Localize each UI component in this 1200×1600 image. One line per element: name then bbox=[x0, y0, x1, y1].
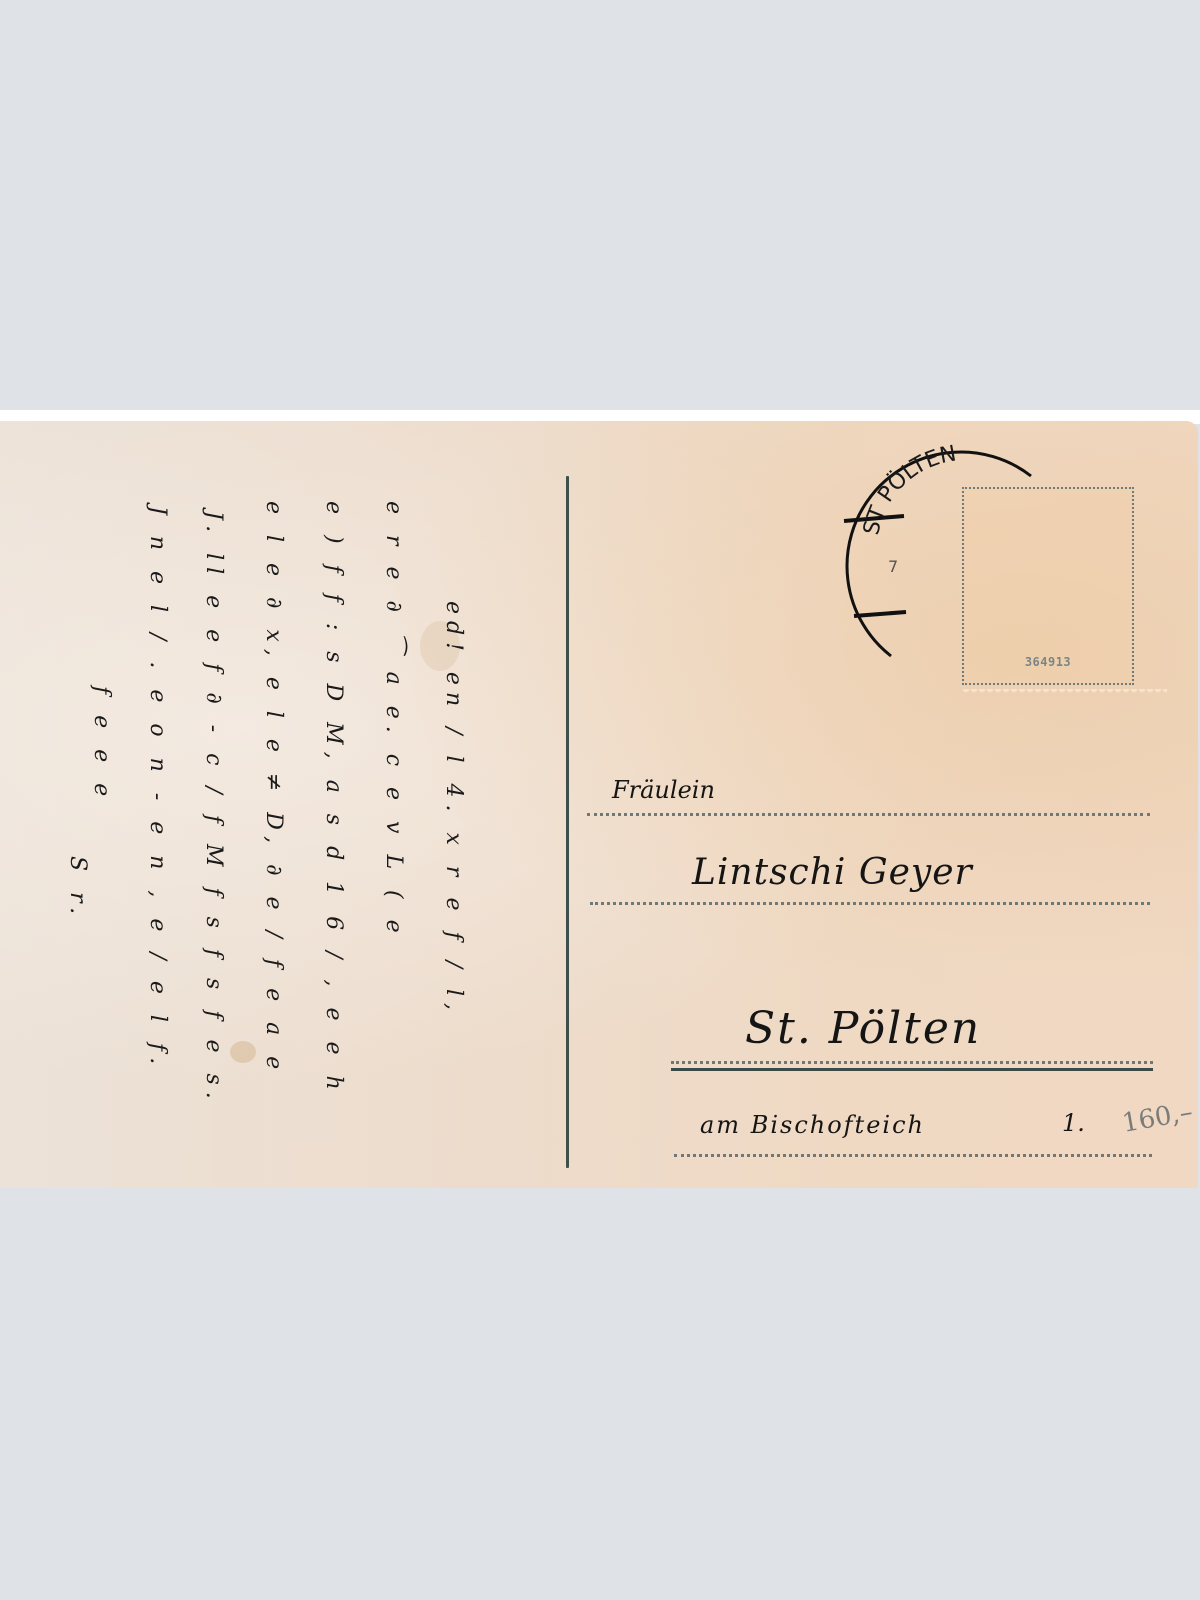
address-street: am Bischofteich bbox=[700, 1111, 925, 1139]
svg-text:ST PÖLTEN: ST PÖLTEN bbox=[859, 441, 958, 537]
message-line: e l e ∂ x, e l e ≠ D, ∂ e / f e a e bbox=[261, 501, 286, 1076]
shorthand-message: ed! en / l 4. x r e f / l, e r e ∂ ⁀ a e… bbox=[100, 556, 480, 1076]
message-line: J. ll e e f ∂ - c / f M f s f s f e s. bbox=[201, 511, 226, 1106]
message-closing: S r. bbox=[65, 856, 90, 921]
address-recipient: Lintschi Geyer bbox=[692, 852, 973, 893]
postcard: ed! en / l 4. x r e f / l, e r e ∂ ⁀ a e… bbox=[0, 421, 1198, 1188]
stamp-box: 364913 bbox=[962, 487, 1134, 685]
message-line: e r e ∂ ⁀ a e. c e v L ( e bbox=[381, 501, 406, 940]
postmark-text: ST PÖLTEN bbox=[859, 441, 958, 537]
message-signature: f e e e bbox=[89, 686, 114, 803]
center-divider bbox=[566, 476, 569, 1168]
postmark-date: 7 bbox=[888, 557, 898, 576]
address-line-2 bbox=[590, 902, 1150, 905]
message-line: e ) f f : s D M, a s d 1 6 / , e e h bbox=[321, 501, 346, 1097]
address-house-number: 1. bbox=[1062, 1109, 1085, 1137]
stamp-serial-number: 364913 bbox=[964, 655, 1132, 669]
message-line: ed! en / l 4. x r e f / l, bbox=[441, 601, 466, 1017]
address-line-4 bbox=[674, 1154, 1152, 1157]
stamp-perforation-residue bbox=[962, 689, 1167, 697]
message-line: J n e l / . e o n - e n , e / e l f. bbox=[145, 506, 170, 1071]
address-line-1 bbox=[587, 813, 1150, 816]
address-line-3-solid bbox=[671, 1068, 1153, 1071]
address-line-3-dotted bbox=[671, 1061, 1153, 1064]
address-salutation: Fräulein bbox=[612, 776, 715, 804]
address-city: St. Pölten bbox=[745, 1003, 981, 1054]
pencil-price-note: 160,– bbox=[1120, 1097, 1195, 1139]
